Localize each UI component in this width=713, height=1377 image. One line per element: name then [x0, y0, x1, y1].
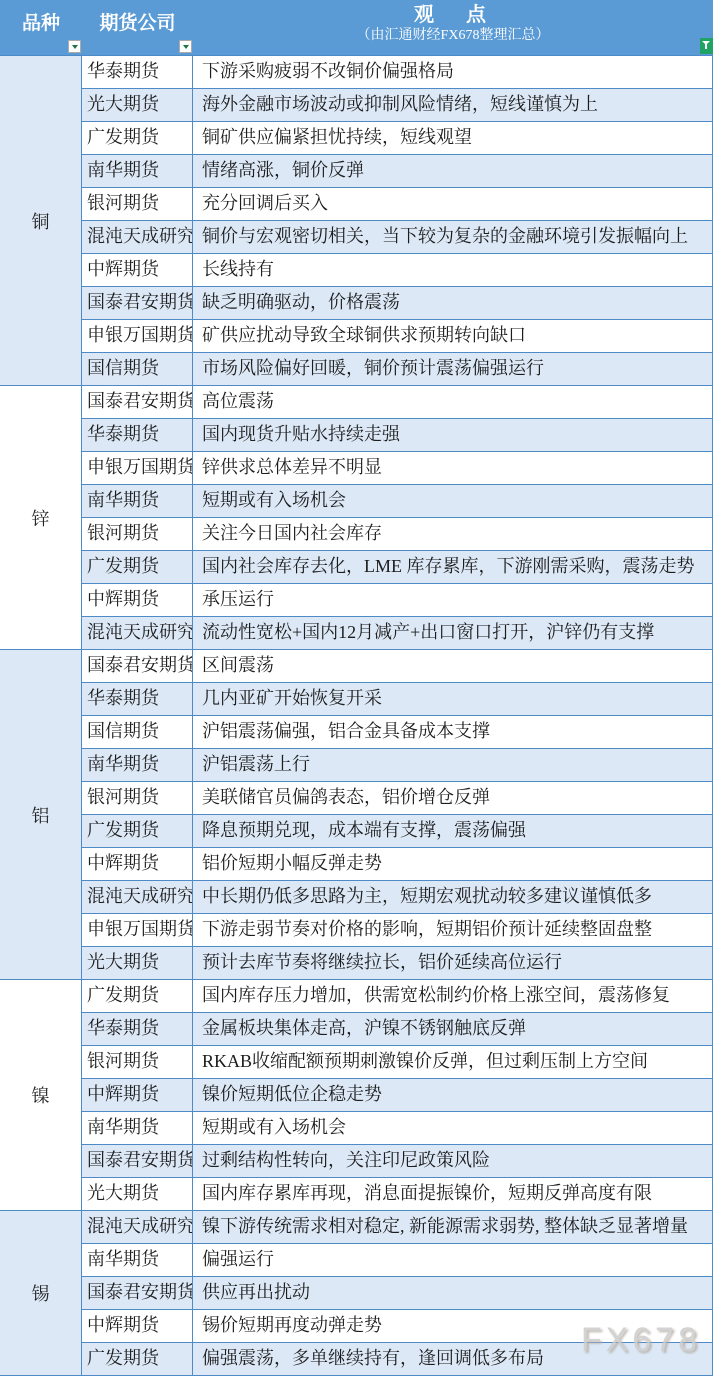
- company-cell[interactable]: 南华期货: [82, 749, 193, 781]
- opinion-cell[interactable]: 国内库存压力增加，供需宽松制约价格上涨空间，震荡修复: [193, 980, 713, 1012]
- opinion-cell[interactable]: 下游走弱节奏对价格的影响，短期铝价预计延续整固盘整: [193, 914, 713, 946]
- opinion-cell[interactable]: 过剩结构性转向，关注印尼政策风险: [193, 1145, 713, 1177]
- table-row: 南华期货短期或有入场机会: [82, 485, 713, 518]
- opinion-cell[interactable]: 国内社会库存去化，LME 库存累库，下游刚需采购，震荡走势: [193, 551, 713, 583]
- company-cell[interactable]: 申银万国期货: [82, 320, 193, 352]
- table-row: 申银万国期货矿供应扰动导致全球铜供求预期转向缺口: [82, 320, 713, 353]
- group-rows: 国泰君安期货区间震荡华泰期货几内亚矿开始恢复开采国信期货沪铝震荡偏强，铝合金具备…: [82, 650, 713, 980]
- header-opinion-subtitle: （由汇通财经FX678整理汇总）: [193, 27, 713, 45]
- opinion-cell[interactable]: 预计去库节奏将继续拉长，铝价延续高位运行: [193, 947, 713, 979]
- table-row: 混沌天成研究镍下游传统需求相对稳定, 新能源需求弱势, 整体缺乏显著增量: [82, 1211, 713, 1244]
- variety-group: 铜华泰期货下游采购疲弱不改铜价偏强格局光大期货海外金融市场波动或抑制风险情绪，短…: [0, 56, 713, 386]
- variety-cell[interactable]: 铜: [0, 56, 82, 386]
- table-row: 南华期货短期或有入场机会: [82, 1112, 713, 1145]
- company-cell[interactable]: 中辉期货: [82, 584, 193, 616]
- table-row: 广发期货偏强震荡，多单继续持有，逢回调低多布局: [82, 1343, 713, 1376]
- company-cell[interactable]: 中辉期货: [82, 1310, 193, 1342]
- company-cell[interactable]: 光大期货: [82, 947, 193, 979]
- table-header: 品种 期货公司 观 点 （由汇通财经FX678整理汇总）: [0, 0, 713, 55]
- company-cell[interactable]: 广发期货: [82, 815, 193, 847]
- table-row: 广发期货降息预期兑现，成本端有支撑，震荡偏强: [82, 815, 713, 848]
- opinion-cell[interactable]: 镍下游传统需求相对稳定, 新能源需求弱势, 整体缺乏显著增量: [193, 1211, 713, 1243]
- company-cell[interactable]: 华泰期货: [82, 1013, 193, 1045]
- opinion-cell[interactable]: 长线持有: [193, 254, 713, 286]
- company-cell[interactable]: 国泰君安期货: [82, 650, 193, 682]
- opinion-cell[interactable]: 偏强运行: [193, 1244, 713, 1276]
- table-row: 南华期货沪铝震荡上行: [82, 749, 713, 782]
- opinion-cell[interactable]: 短期或有入场机会: [193, 485, 713, 517]
- opinion-cell[interactable]: RKAB收缩配额预期刺激镍价反弹，但过剩压制上方空间: [193, 1046, 713, 1078]
- opinion-cell[interactable]: 铝价短期小幅反弹走势: [193, 848, 713, 880]
- opinion-cell[interactable]: 高位震荡: [193, 386, 713, 418]
- variety-group: 铝国泰君安期货区间震荡华泰期货几内亚矿开始恢复开采国信期货沪铝震荡偏强，铝合金具…: [0, 650, 713, 980]
- opinion-cell[interactable]: 海外金融市场波动或抑制风险情绪，短线谨慎为上: [193, 89, 713, 121]
- company-cell[interactable]: 中辉期货: [82, 254, 193, 286]
- table-row: 中辉期货镍价短期低位企稳走势: [82, 1079, 713, 1112]
- group-rows: 华泰期货下游采购疲弱不改铜价偏强格局光大期货海外金融市场波动或抑制风险情绪，短线…: [82, 56, 713, 386]
- group-rows: 国泰君安期货高位震荡华泰期货国内现货升贴水持续走强申银万国期货锌供求总体差异不明…: [82, 386, 713, 650]
- company-filter-button[interactable]: [179, 40, 192, 53]
- table-row: 华泰期货下游采购疲弱不改铜价偏强格局: [82, 56, 713, 89]
- filter-dropdown-icon: [72, 45, 78, 49]
- opinion-cell[interactable]: 关注今日国内社会库存: [193, 518, 713, 550]
- table-row: 光大期货国内库存累库再现，消息面提振镍价，短期反弹高度有限: [82, 1178, 713, 1211]
- company-cell[interactable]: 银河期货: [82, 518, 193, 550]
- table-row: 国信期货沪铝震荡偏强，铝合金具备成本支撑: [82, 716, 713, 749]
- variety-cell[interactable]: 锌: [0, 386, 82, 650]
- opinion-cell[interactable]: 下游采购疲弱不改铜价偏强格局: [193, 56, 713, 88]
- table-row: 国泰君安期货高位震荡: [82, 386, 713, 419]
- table-row: 混沌天成研究铜价与宏观密切相关，当下较为复杂的金融环境引发振幅向上: [82, 221, 713, 254]
- company-cell[interactable]: 中辉期货: [82, 848, 193, 880]
- company-cell[interactable]: 南华期货: [82, 485, 193, 517]
- opinion-cell[interactable]: 锌供求总体差异不明显: [193, 452, 713, 484]
- company-cell[interactable]: 银河期货: [82, 1046, 193, 1078]
- opinion-cell[interactable]: 国内现货升贴水持续走强: [193, 419, 713, 451]
- company-cell[interactable]: 申银万国期货: [82, 452, 193, 484]
- table-row: 广发期货铜矿供应偏紧担忧持续，短线观望: [82, 122, 713, 155]
- table-row: 银河期货关注今日国内社会库存: [82, 518, 713, 551]
- variety-cell[interactable]: 锡: [0, 1211, 82, 1376]
- company-cell[interactable]: 国泰君安期货: [82, 386, 193, 418]
- table-row: 光大期货预计去库节奏将继续拉长，铝价延续高位运行: [82, 947, 713, 980]
- company-cell[interactable]: 广发期货: [82, 980, 193, 1012]
- table-row: 华泰期货国内现货升贴水持续走强: [82, 419, 713, 452]
- company-cell[interactable]: 银河期货: [82, 782, 193, 814]
- table-row: 银河期货充分回调后买入: [82, 188, 713, 221]
- header-company-label: 期货公司: [99, 13, 175, 34]
- group-rows: 混沌天成研究镍下游传统需求相对稳定, 新能源需求弱势, 整体缺乏显著增量南华期货…: [82, 1211, 713, 1376]
- company-cell[interactable]: 广发期货: [82, 122, 193, 154]
- opinion-cell[interactable]: 金属板块集体走高，沪镍不锈钢触底反弹: [193, 1013, 713, 1045]
- variety-group: 镍广发期货国内库存压力增加，供需宽松制约价格上涨空间，震荡修复华泰期货金属板块集…: [0, 980, 713, 1211]
- table-row: 中辉期货铝价短期小幅反弹走势: [82, 848, 713, 881]
- company-cell[interactable]: 广发期货: [82, 551, 193, 583]
- company-cell[interactable]: 混沌天成研究: [82, 881, 193, 913]
- company-cell[interactable]: 广发期货: [82, 1343, 193, 1375]
- header-variety-label: 品种: [22, 13, 60, 34]
- company-cell[interactable]: 国信期货: [82, 353, 193, 385]
- variety-cell[interactable]: 镍: [0, 980, 82, 1211]
- opinion-cell[interactable]: 市场风险偏好回暖，铜价预计震荡偏强运行: [193, 353, 713, 385]
- opinion-cell[interactable]: 偏强震荡，多单继续持有，逢回调低多布局: [193, 1343, 713, 1375]
- variety-group: 锌国泰君安期货高位震荡华泰期货国内现货升贴水持续走强申银万国期货锌供求总体差异不…: [0, 386, 713, 650]
- opinion-filter-button[interactable]: [700, 38, 713, 54]
- opinion-cell[interactable]: 区间震荡: [193, 650, 713, 682]
- company-cell[interactable]: 混沌天成研究: [82, 221, 193, 253]
- opinion-cell[interactable]: 矿供应扰动导致全球铜供求预期转向缺口: [193, 320, 713, 352]
- header-opinion-cell[interactable]: 观 点 （由汇通财经FX678整理汇总）: [193, 3, 713, 45]
- variety-filter-button[interactable]: [68, 40, 81, 53]
- table-row: 南华期货偏强运行: [82, 1244, 713, 1277]
- opinion-cell[interactable]: 沪铝震荡上行: [193, 749, 713, 781]
- header-opinion-title: 观 点: [193, 3, 713, 27]
- variety-group: 锡混沌天成研究镍下游传统需求相对稳定, 新能源需求弱势, 整体缺乏显著增量南华期…: [0, 1211, 713, 1376]
- opinion-cell[interactable]: 铜矿供应偏紧担忧持续，短线观望: [193, 122, 713, 154]
- header-variety-cell[interactable]: 品种: [0, 8, 82, 35]
- company-cell[interactable]: 华泰期货: [82, 683, 193, 715]
- table-row: 中辉期货锡价短期再度动弹走势: [82, 1310, 713, 1343]
- table-row: 申银万国期货下游走弱节奏对价格的影响，短期铝价预计延续整固盘整: [82, 914, 713, 947]
- opinion-cell[interactable]: 缺乏明确驱动，价格震荡: [193, 287, 713, 319]
- funnel-icon: [702, 41, 711, 51]
- table-row: 国信期货市场风险偏好回暖，铜价预计震荡偏强运行: [82, 353, 713, 386]
- table-row: 混沌天成研究流动性宽松+国内12月减产+出口窗口打开，沪锌仍有支撑: [82, 617, 713, 650]
- company-cell[interactable]: 国泰君安期货: [82, 1277, 193, 1309]
- table-row: 华泰期货几内亚矿开始恢复开采: [82, 683, 713, 716]
- company-cell[interactable]: 南华期货: [82, 155, 193, 187]
- filter-dropdown-icon: [183, 45, 189, 49]
- table-row: 国泰君安期货缺乏明确驱动，价格震荡: [82, 287, 713, 320]
- company-cell[interactable]: 银河期货: [82, 188, 193, 220]
- table-row: 广发期货国内库存压力增加，供需宽松制约价格上涨空间，震荡修复: [82, 980, 713, 1013]
- company-cell[interactable]: 光大期货: [82, 1178, 193, 1210]
- opinion-cell[interactable]: 降息预期兑现，成本端有支撑，震荡偏强: [193, 815, 713, 847]
- opinion-cell[interactable]: 锡价短期再度动弹走势: [193, 1310, 713, 1342]
- table-row: 申银万国期货锌供求总体差异不明显: [82, 452, 713, 485]
- opinion-cell[interactable]: 几内亚矿开始恢复开采: [193, 683, 713, 715]
- company-cell[interactable]: 南华期货: [82, 1244, 193, 1276]
- company-cell[interactable]: 华泰期货: [82, 419, 193, 451]
- group-rows: 广发期货国内库存压力增加，供需宽松制约价格上涨空间，震荡修复华泰期货金属板块集体…: [82, 980, 713, 1211]
- table-row: 南华期货情绪高涨，铜价反弹: [82, 155, 713, 188]
- variety-cell[interactable]: 铝: [0, 650, 82, 980]
- table-row: 广发期货国内社会库存去化，LME 库存累库，下游刚需采购，震荡走势: [82, 551, 713, 584]
- header-company-cell[interactable]: 期货公司: [82, 8, 193, 35]
- company-cell[interactable]: 光大期货: [82, 89, 193, 121]
- table-row: 中辉期货承压运行: [82, 584, 713, 617]
- opinion-cell[interactable]: 沪铝震荡偏强，铝合金具备成本支撑: [193, 716, 713, 748]
- futures-opinion-sheet: 品种 期货公司 观 点 （由汇通财经FX678整理汇总） 铜华泰期货下游采购疲弱…: [0, 0, 713, 1376]
- table-row: 国泰君安期货供应再出扰动: [82, 1277, 713, 1310]
- opinion-cell[interactable]: 承压运行: [193, 584, 713, 616]
- table-row: 中辉期货长线持有: [82, 254, 713, 287]
- company-cell[interactable]: 中辉期货: [82, 1079, 193, 1111]
- opinion-cell[interactable]: 中长期仍低多思路为主，短期宏观扰动较多建议谨慎低多: [193, 881, 713, 913]
- opinion-cell[interactable]: 镍价短期低位企稳走势: [193, 1079, 713, 1111]
- company-cell[interactable]: 混沌天成研究: [82, 1211, 193, 1243]
- company-cell[interactable]: 国泰君安期货: [82, 1145, 193, 1177]
- opinion-cell[interactable]: 充分回调后买入: [193, 188, 713, 220]
- opinion-cell[interactable]: 短期或有入场机会: [193, 1112, 713, 1144]
- company-cell[interactable]: 申银万国期货: [82, 914, 193, 946]
- opinion-cell[interactable]: 供应再出扰动: [193, 1277, 713, 1309]
- opinion-cell[interactable]: 美联储官员偏鸽表态，铝价增仓反弹: [193, 782, 713, 814]
- company-cell[interactable]: 华泰期货: [82, 56, 193, 88]
- opinion-cell[interactable]: 情绪高涨，铜价反弹: [193, 155, 713, 187]
- company-cell[interactable]: 国信期货: [82, 716, 193, 748]
- company-cell[interactable]: 混沌天成研究: [82, 617, 193, 649]
- table-row: 国泰君安期货过剩结构性转向，关注印尼政策风险: [82, 1145, 713, 1178]
- table-row: 光大期货海外金融市场波动或抑制风险情绪，短线谨慎为上: [82, 89, 713, 122]
- table-row: 银河期货RKAB收缩配额预期刺激镍价反弹，但过剩压制上方空间: [82, 1046, 713, 1079]
- company-cell[interactable]: 南华期货: [82, 1112, 193, 1144]
- table-row: 国泰君安期货区间震荡: [82, 650, 713, 683]
- table-body: 铜华泰期货下游采购疲弱不改铜价偏强格局光大期货海外金融市场波动或抑制风险情绪，短…: [0, 55, 713, 1376]
- opinion-cell[interactable]: 铜价与宏观密切相关，当下较为复杂的金融环境引发振幅向上: [193, 221, 713, 253]
- opinion-cell[interactable]: 国内库存累库再现，消息面提振镍价，短期反弹高度有限: [193, 1178, 713, 1210]
- table-row: 华泰期货金属板块集体走高，沪镍不锈钢触底反弹: [82, 1013, 713, 1046]
- table-row: 银河期货美联储官员偏鸽表态，铝价增仓反弹: [82, 782, 713, 815]
- table-row: 混沌天成研究中长期仍低多思路为主，短期宏观扰动较多建议谨慎低多: [82, 881, 713, 914]
- company-cell[interactable]: 国泰君安期货: [82, 287, 193, 319]
- opinion-cell[interactable]: 流动性宽松+国内12月减产+出口窗口打开，沪锌仍有支撑: [193, 617, 713, 649]
